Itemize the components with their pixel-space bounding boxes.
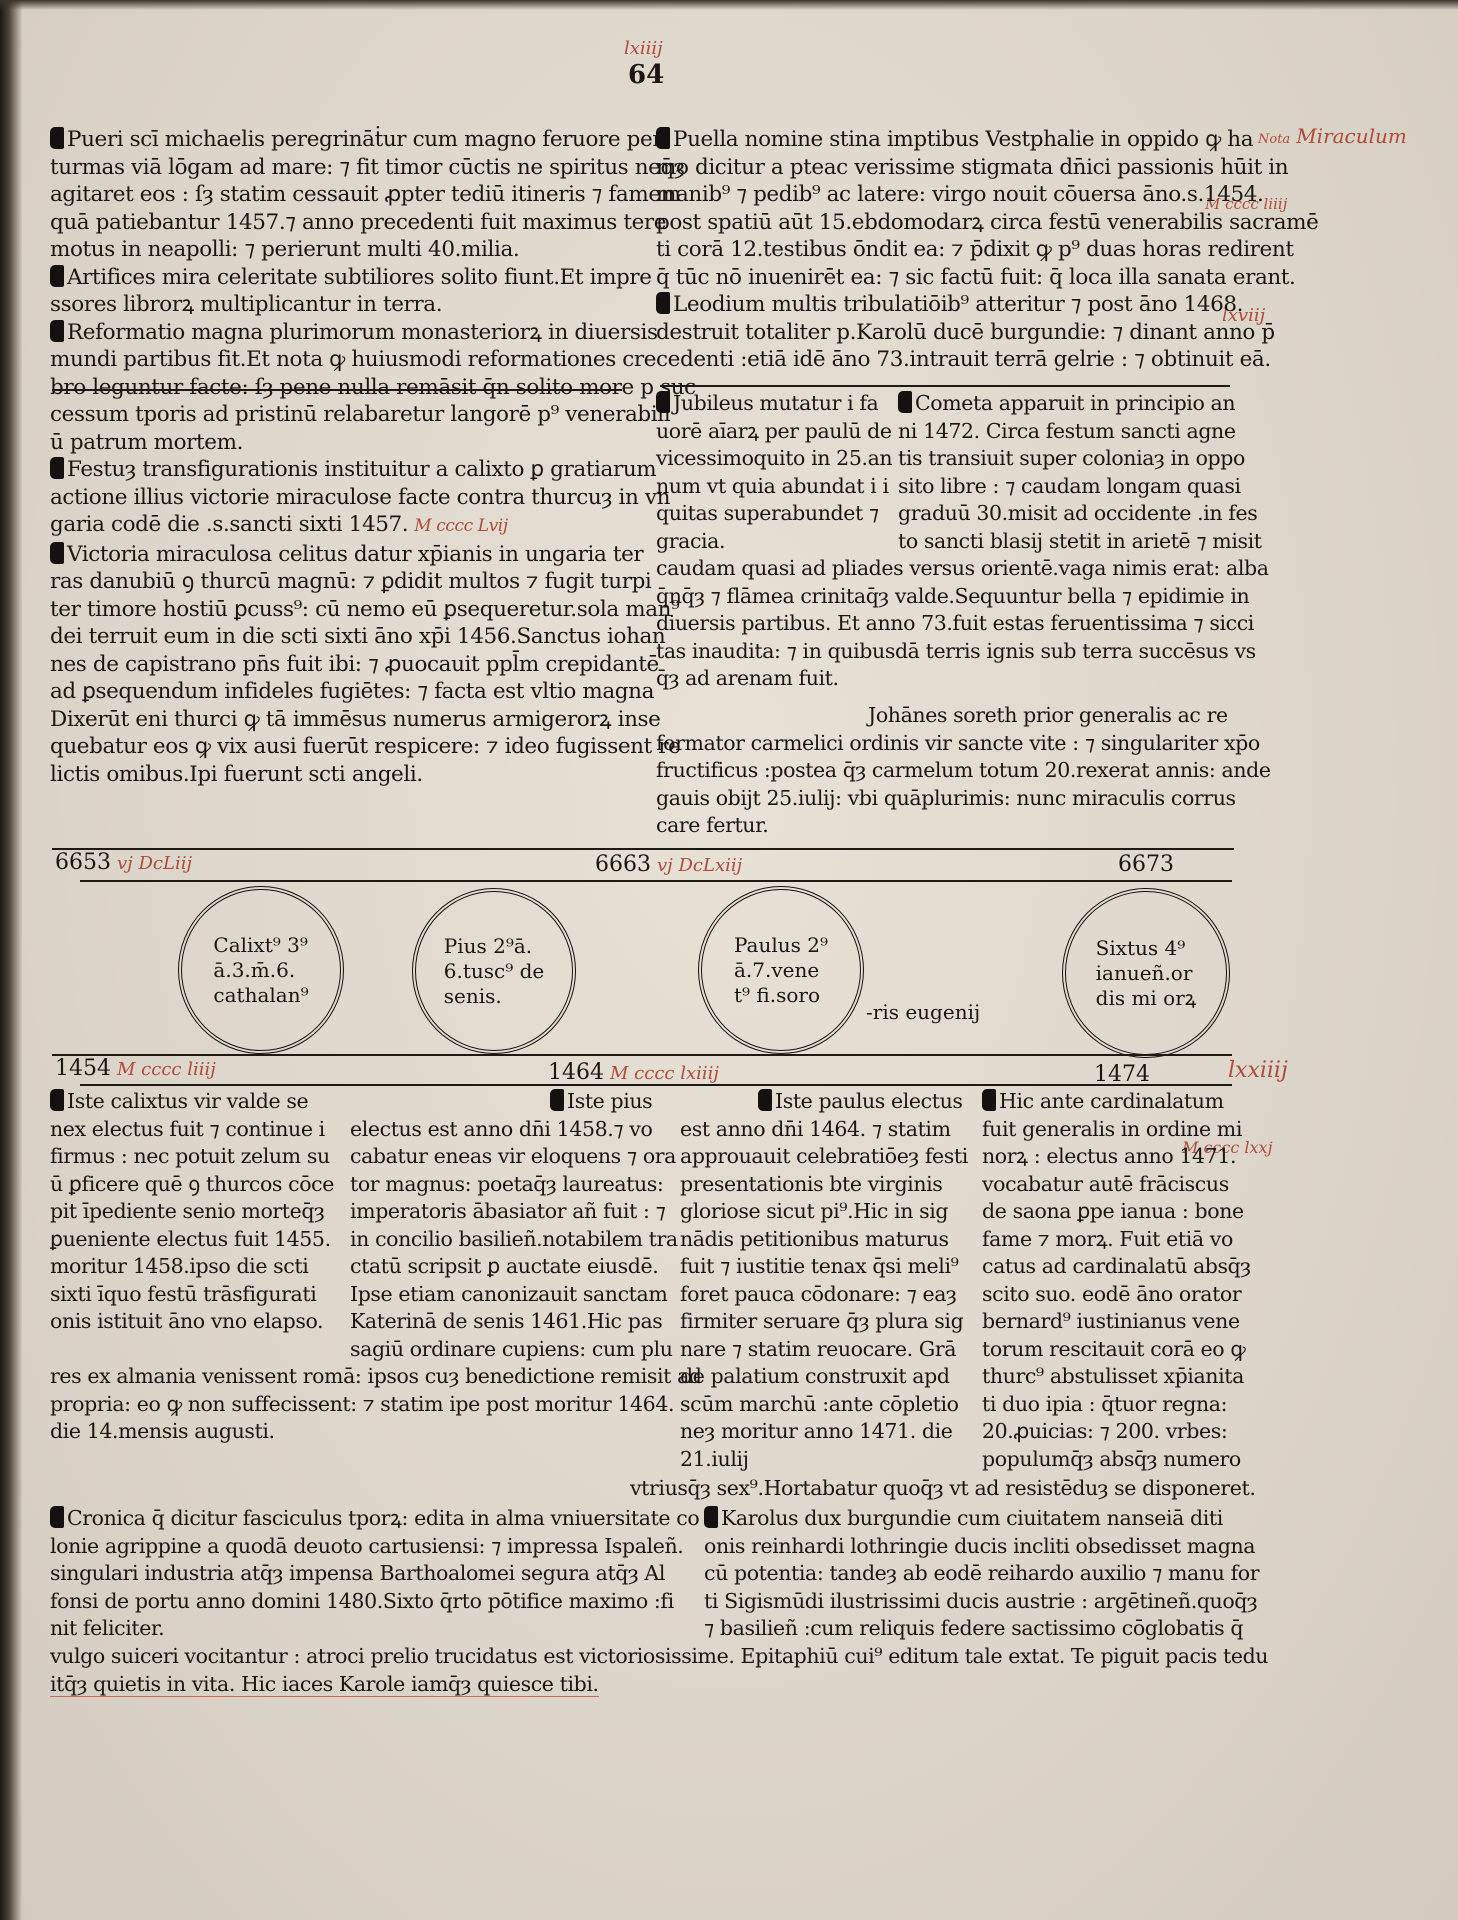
paragraph-festum: Festuȝ transfigurationis instituitur a c…: [50, 456, 696, 541]
paragraph-pueri: Pueri scī michaelis peregrināṫur cum mag…: [50, 126, 696, 264]
paragraph-mark-icon: [898, 391, 912, 413]
upper-right-column: Puella nomine stina imptibus Vestphalie …: [656, 126, 1318, 374]
paragraph-karolus: Karolus dux burgundie cum ciuitatem nans…: [704, 1505, 1259, 1643]
column-sixtus: Hic ante cardinalatum fuit generalis in …: [982, 1088, 1251, 1473]
paragraph-mark-icon: [656, 127, 670, 149]
paragraph-mark-icon: [50, 457, 64, 479]
rubric-annotation: M cccc Lvij: [414, 516, 508, 536]
column-paulus: Iste paulus electus est anno dn̄i 1464. …: [680, 1088, 968, 1473]
column-pius-continuation: res ex almania venissent romā: ipsos cuȝ…: [50, 1363, 702, 1446]
paragraph-mark-icon: [656, 292, 670, 314]
timeline-rule-middle: [80, 880, 1232, 882]
paragraph-mark-icon: [656, 391, 670, 413]
between-circles-note: -ris eugenij: [866, 1000, 980, 1024]
timeline-rule-bottom: [52, 1054, 1232, 1056]
paragraph-cometa: Cometa apparuit in principio an ni 1472.…: [898, 390, 1262, 555]
column-sixtus-continuation: vtriusq̄ȝ sex⁹.Hortabatur quoq̄ȝ vt ad r…: [630, 1475, 1255, 1503]
paragraph-mark-icon: [982, 1089, 996, 1111]
paragraph-soreth: Johānes soreth prior generalis ac re for…: [656, 702, 1271, 840]
paragraph-victoria: Victoria miraculosa celitus datur xp̄ian…: [50, 541, 696, 789]
paragraph-mark-icon: [50, 127, 64, 149]
paragraph-artifices: Artifices mira celeritate subtiliores so…: [50, 264, 696, 319]
world-year-6663: 6663vj DcLxiij: [595, 852, 742, 877]
paragraph-mark-icon: [50, 1506, 64, 1528]
pope-circle-paulus: Paulus 2⁹ ā.7.vene t⁹ fi.soro: [698, 886, 864, 1054]
book-page: lxiiij 64 NotaMiraculum M cccc liiij lxv…: [0, 0, 1458, 1920]
column-pius: Iste pius electus est anno dn̄i 1458.⁊ v…: [350, 1088, 678, 1363]
section-rule: [660, 385, 1230, 387]
paragraph-mark-icon: [704, 1506, 718, 1528]
paragraph-mark-icon: [550, 1089, 564, 1111]
paragraph-mark-icon: [758, 1089, 772, 1111]
upper-left-column: Pueri scī michaelis peregrināṫur cum mag…: [50, 126, 696, 788]
paragraph-mark-icon: [50, 542, 64, 564]
section-rule: [52, 389, 622, 391]
paragraph-mark-icon: [50, 320, 64, 342]
folio-roman-annotation: lxiiij: [624, 38, 663, 59]
pope-circle-pius: Pius 2⁹ā. 6.tusc⁹ de senis.: [412, 888, 576, 1054]
paragraph-jubileus: Jubileus mutatur i fa uorē aīarꝝ per pau…: [656, 390, 892, 555]
paragraph-mark-icon: [50, 1089, 64, 1111]
paragraph-reformatio: Reformatio magna plurimorum monasteriorꝝ…: [50, 319, 696, 457]
world-year-6653: 6653vj DcLiij: [55, 850, 192, 875]
paragraph-mark-icon: [50, 265, 64, 287]
margin-note-1474: lxxiiij: [1228, 1058, 1288, 1083]
colophon: Cronica q̄ dicitur fasciculus tporꝝ: edi…: [50, 1505, 699, 1643]
ad-year-1464: 1464M cccc lxiiij: [548, 1060, 719, 1085]
top-edge-shadow: [0, 0, 1458, 10]
column-calixtus: Iste calixtus vir valde se nex electus f…: [50, 1088, 334, 1336]
paragraph-puella: Puella nomine stina imptibus Vestphalie …: [656, 126, 1318, 291]
world-year-6673: 6673: [1118, 852, 1174, 877]
paragraph-leodium: Leodium multis tribulatiōib⁹ atteritur ⁊…: [656, 291, 1318, 374]
pope-circle-sixtus: Sixtus 4⁹ ianueñ.or dis mi orꝝ: [1062, 888, 1230, 1058]
timeline-rule-lower: [80, 1084, 1232, 1086]
book-gutter-shadow: [0, 0, 22, 1920]
pope-circle-calixtus: Calixt⁹ 3⁹ ā.3.m̄.6. cathalan⁹: [178, 886, 344, 1054]
timeline-rule-top: [52, 848, 1234, 850]
ad-year-1454: 1454M cccc liiij: [55, 1056, 216, 1081]
final-lines: vulgo suiceri vocitantur : atroci prelio…: [50, 1643, 1268, 1698]
folio-number: 64: [628, 60, 664, 90]
paragraph-cometa-continuation: caudam quasi ad pliades versus orientē.v…: [656, 555, 1269, 693]
